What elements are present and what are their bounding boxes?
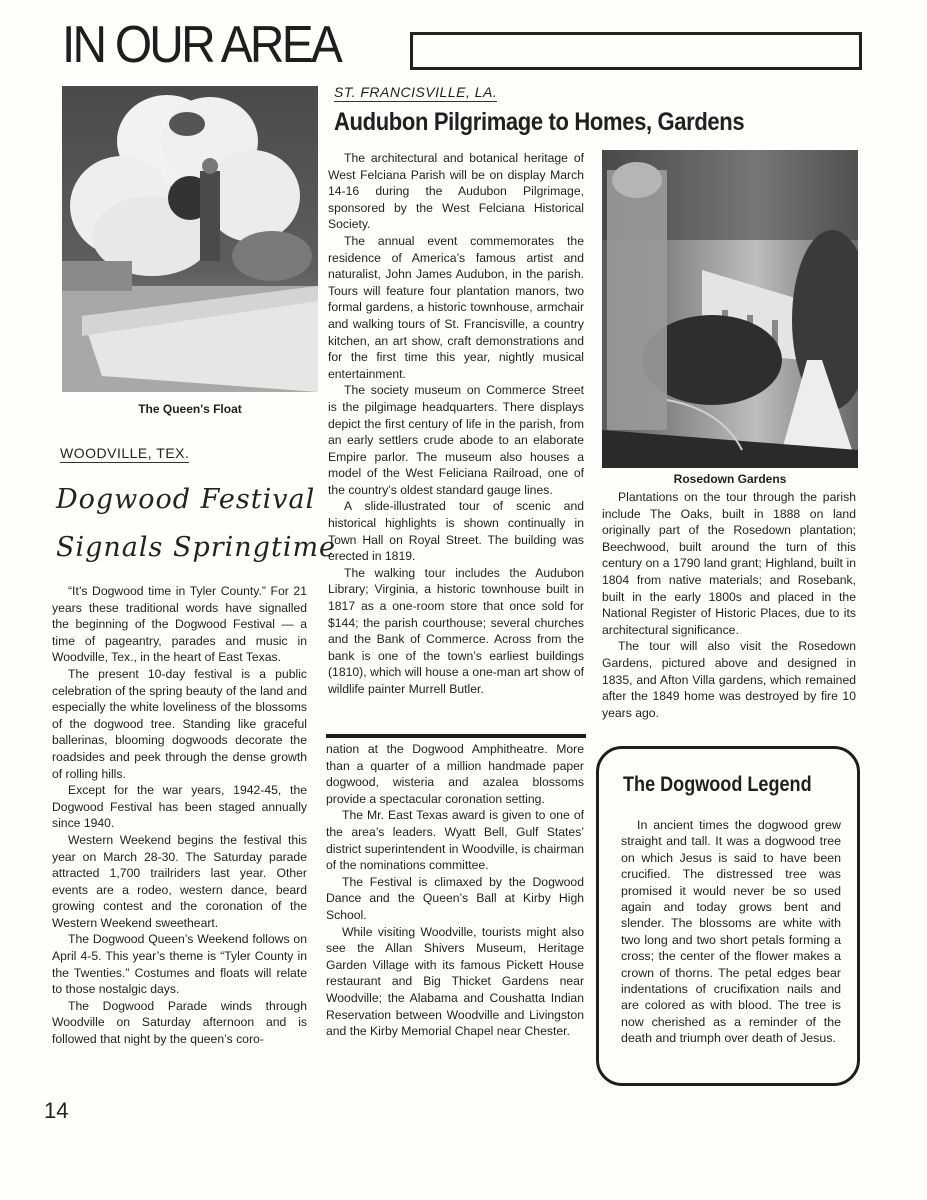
st-francisville-paragraph: The society museum on Commerce Street is…	[328, 382, 584, 498]
queens-float-photo	[62, 86, 318, 392]
rosedown-gardens-photo	[602, 150, 858, 468]
woodville-paragraph: Western Weekend begins the festival this…	[52, 832, 307, 932]
st-francisville-paragraph: The annual event commemorates the reside…	[328, 233, 584, 382]
woodville-column-2: nation at the Dogwood Amphitheatre. More…	[326, 741, 584, 1040]
dogwood-legend-paragraph: In ancient times the dogwood grew straig…	[621, 817, 841, 1047]
woodville-paragraph: While visiting Woodville, tourists might…	[326, 924, 584, 1040]
woodville-column-1: “It’s Dogwood time in Tyler County.” For…	[52, 583, 307, 1048]
st-francisville-paragraph: The walking tour includes the Audubon Li…	[328, 565, 584, 698]
st-francisville-column-3: Plantations on the tour through the pari…	[602, 489, 856, 721]
st-francisville-paragraph: A slide-illustrated tour of scenic and h…	[328, 498, 584, 564]
section-divider-rule	[326, 734, 586, 738]
st-francisville-paragraph: Plantations on the tour through the pari…	[602, 489, 856, 638]
woodville-paragraph: The Mr. East Texas award is given to one…	[326, 807, 584, 873]
woodville-headline-line2: Signals Springtime	[56, 526, 336, 570]
woodville-paragraph: The Festival is climaxed by the Dogwood …	[326, 874, 584, 924]
woodville-dateline: WOODVILLE, TEX.	[60, 445, 189, 463]
woodville-paragraph: The present 10-day festival is a public …	[52, 666, 307, 782]
woodville-paragraph: “It’s Dogwood time in Tyler County.” For…	[52, 583, 307, 666]
dogwood-legend-body: In ancient times the dogwood grew straig…	[621, 817, 841, 1047]
st-francisville-dateline: ST. FRANCISVILLE, LA.	[334, 84, 497, 102]
woodville-paragraph: nation at the Dogwood Amphitheatre. More…	[326, 741, 584, 807]
st-francisville-column-2: The architectural and botanical heritage…	[328, 150, 584, 698]
photo-parade-float-icon	[62, 86, 318, 392]
st-francisville-paragraph: The architectural and botanical heritage…	[328, 150, 584, 233]
st-francisville-headline: Audubon Pilgrimage to Homes, Gardens	[334, 108, 744, 137]
st-francisville-paragraph: The tour will also visit the Rosedown Ga…	[602, 638, 856, 721]
dogwood-legend-box: The Dogwood Legend In ancient times the …	[596, 746, 860, 1086]
woodville-paragraph: The Dogwood Queen’s Weekend follows on A…	[52, 931, 307, 997]
dogwood-legend-title: The Dogwood Legend	[623, 773, 812, 797]
rosedown-gardens-caption: Rosedown Gardens	[602, 472, 858, 486]
masthead-rule-box	[410, 32, 862, 70]
woodville-headline-line1: Dogwood Festival	[56, 478, 315, 522]
photo-plantation-garden-icon	[602, 150, 858, 468]
woodville-paragraph: The Dogwood Parade winds through Woodvil…	[52, 998, 307, 1048]
queens-float-caption: The Queen's Float	[62, 402, 318, 416]
masthead-title: IN OUR AREA	[62, 14, 340, 76]
woodville-paragraph: Except for the war years, 1942-45, the D…	[52, 782, 307, 832]
page-number: 14	[44, 1098, 68, 1124]
